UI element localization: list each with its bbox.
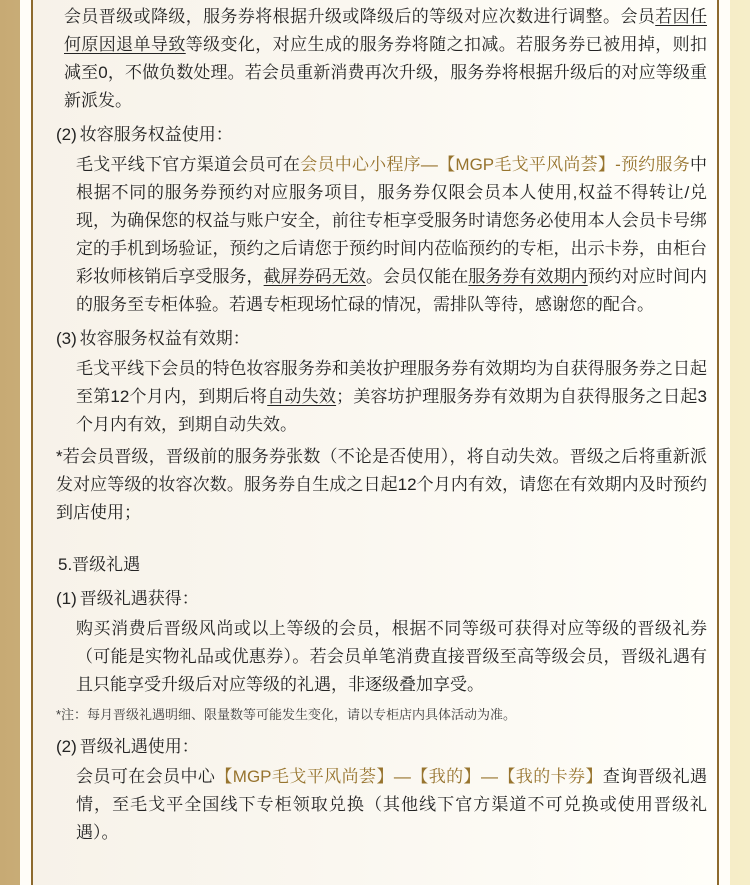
item-number: (1) — [56, 589, 77, 608]
terms-card: 会员晋级或降级，服务券将根据升级或降级后的等级对应次数进行调整。会员若因任何原因… — [20, 0, 730, 885]
text-segment: 5.晋级礼遇 — [58, 555, 140, 574]
underlined-text: 截屏券码无效 — [264, 267, 366, 286]
terms-paragraph: 毛戈平线下会员的特色妆容服务券和美妆护理服务券有效期均为自获得服务券之日起至第1… — [33, 355, 717, 439]
section-heading: 5.晋级礼遇 — [33, 551, 717, 579]
item-number: (2) — [56, 737, 77, 756]
underlined-text: 自动失效 — [267, 387, 336, 406]
terms-paragraph: 会员晋级或降级，服务券将根据升级或降级后的等级对应次数进行调整。会员若因任何原因… — [33, 3, 717, 115]
item-number: (2) — [56, 125, 77, 144]
terms-paragraph: 毛戈平线下官方渠道会员可在会员中心小程序—【MGP毛戈平风尚荟】-预约服务中根据… — [33, 151, 717, 319]
text-segment: *注：每月晋级礼遇明细、限量数等可能发生变化，请以专柜店内具体活动为准。 — [56, 707, 516, 722]
item-label: (2)妆容服务权益使用： — [33, 121, 717, 149]
document-body: 会员晋级或降级，服务券将根据升级或降级后的等级对应次数进行调整。会员若因任何原因… — [31, 0, 719, 885]
highlighted-text: 【MGP毛戈平风尚荟】—【我的】—【我的卡券】 — [215, 767, 603, 786]
text-segment: 会员可在会员中心 — [76, 767, 215, 786]
item-title: 晋级礼遇使用： — [80, 737, 199, 756]
fine-print: *注：每月晋级礼遇明细、限量数等可能发生变化，请以专柜店内具体活动为准。 — [33, 703, 717, 727]
terms-paragraph: 会员可在会员中心【MGP毛戈平风尚荟】—【我的】—【我的卡券】查询晋级礼遇情，至… — [33, 763, 717, 847]
text-segment: *若会员晋级，晋级前的服务券张数（不论是否使用），将自动失效。晋级之后将重新派发… — [56, 447, 707, 522]
text-segment: 购买消费后晋级风尚或以上等级的会员，根据不同等级可获得对应等级的晋级礼券（可能是… — [76, 619, 707, 694]
highlighted-text: 会员中心小程序—【MGP毛戈平风尚荟】-预约服务 — [300, 155, 690, 174]
item-label: (3)妆容服务权益有效期： — [33, 325, 717, 353]
text-segment: 毛戈平线下官方渠道会员可在 — [76, 155, 300, 174]
item-title: 晋级礼遇获得： — [80, 589, 199, 608]
text-segment: 会员晋级或降级，服务券将根据升级或降级后的等级对应次数进行调整。会员 — [64, 7, 655, 26]
text-segment: 。会员仅能在 — [366, 267, 468, 286]
underlined-text: 服务券有效期内 — [468, 267, 587, 286]
terms-paragraph: 购买消费后晋级风尚或以上等级的会员，根据不同等级可获得对应等级的晋级礼券（可能是… — [33, 615, 717, 699]
item-title: 妆容服务权益有效期： — [80, 329, 250, 348]
footnote: *若会员晋级，晋级前的服务券张数（不论是否使用），将自动失效。晋级之后将重新派发… — [33, 443, 717, 527]
item-label: (2)晋级礼遇使用： — [33, 733, 717, 761]
item-label: (1)晋级礼遇获得： — [33, 585, 717, 613]
item-number: (3) — [56, 329, 77, 348]
item-title: 妆容服务权益使用： — [80, 125, 233, 144]
